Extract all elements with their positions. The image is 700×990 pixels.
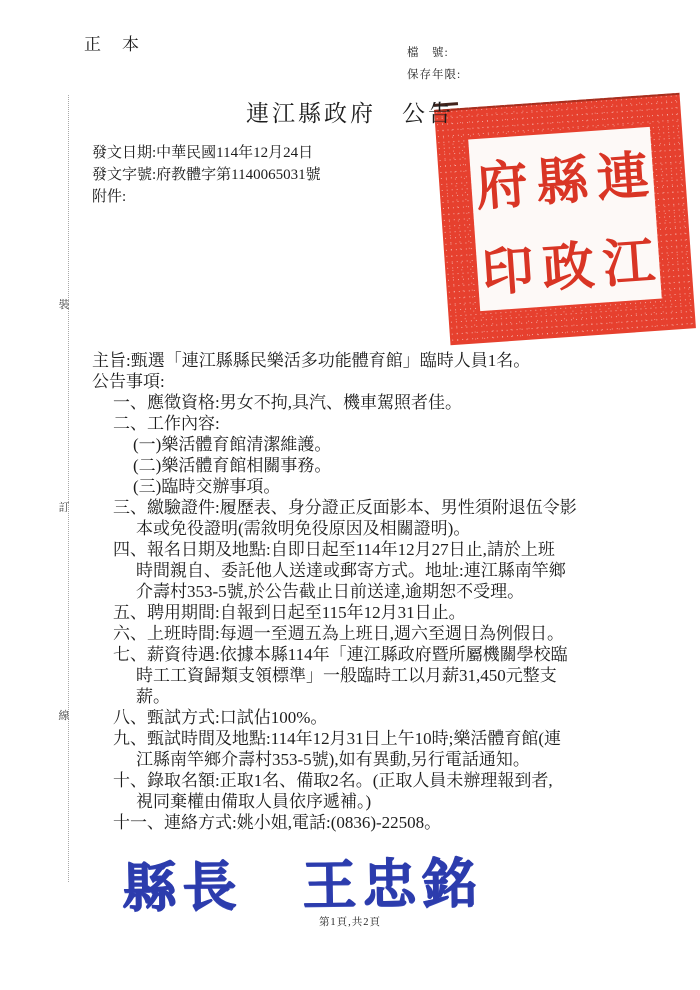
body-line: 一、應徵資格:男女不拘,具汽、機車駕照者佳。 <box>92 392 577 413</box>
binding-margin-line <box>68 95 69 882</box>
body-line: 本或免役證明(需敘明免役原因及相關證明)。 <box>92 518 577 539</box>
body-line: 三、繳驗證件:履歷表、身分證正反面影本、男性須附退伍令影 <box>92 497 577 518</box>
binding-margin-char-xian: 線 <box>56 707 72 723</box>
binding-margin-char-ding: 訂 <box>56 499 72 515</box>
seal-char: 印 <box>474 221 541 311</box>
body-line: (一)樂活體育館清潔維護。 <box>92 434 577 455</box>
seal-char: 政 <box>535 217 602 307</box>
magistrate-signature: 縣長 王忠銘 <box>121 840 482 922</box>
body-line: 薪。 <box>92 686 577 707</box>
body-line: (二)樂活體育館相關事務。 <box>92 455 577 476</box>
seal-char: 府 <box>468 135 535 225</box>
body-line: 五、聘用期間:自報到日起至115年12月31日止。 <box>92 602 577 623</box>
attachment-line: 附件: <box>92 186 321 208</box>
body-line: 二、工作內容: <box>92 413 577 434</box>
body-line: 六、上班時間:每週一至週五為上班日,週六至週日為例假日。 <box>92 623 577 644</box>
seal-char: 縣 <box>529 131 596 221</box>
body-line: 公告事項: <box>92 371 577 392</box>
body-line: 介壽村353-5號,於公告截止日前送達,逾期恕不受理。 <box>92 581 577 602</box>
body-line: 十一、連絡方式:姚小姐,電話:(0836)-22508。 <box>92 812 577 833</box>
document-title: 連江縣政府 公告 <box>0 95 700 128</box>
body-line: 主旨:甄選「連江縣縣民樂活多功能體育館」臨時人員1名。 <box>92 350 577 371</box>
issue-date-line: 發文日期:中華民國114年12月24日 <box>92 142 321 164</box>
copy-label: 正 本 <box>84 30 141 55</box>
issuance-meta: 發文日期:中華民國114年12月24日 發文字號:府教體字第1140065031… <box>92 142 321 208</box>
announcement-body: 主旨:甄選「連江縣縣民樂活多功能體育館」臨時人員1名。公告事項:一、應徵資格:男… <box>92 350 577 833</box>
body-line: 時工工資歸類支領標準」一般臨時工以月薪31,450元整支 <box>92 665 577 686</box>
filing-block: 檔 號: 保存年限: <box>407 42 461 86</box>
body-line: 時間親自、委託他人送達或郵寄方式。地址:連江縣南竿鄉 <box>92 560 577 581</box>
body-line: 四、報名日期及地點:自即日起至114年12月27日止,請於上班 <box>92 539 577 560</box>
retention-period-label: 保存年限: <box>407 64 461 86</box>
seal-char: 江 <box>595 213 662 303</box>
binding-margin-char-zhuang: 裝 <box>56 296 72 312</box>
page-number: 第1頁,共2頁 <box>0 914 700 929</box>
announcement-page: { "document": { "copy_label": "正 本", "fi… <box>0 0 700 990</box>
issue-number-line: 發文字號:府教體字第1140065031號 <box>92 164 321 186</box>
body-line: 九、甄試時間及地點:114年12月31日上午10時;樂活體育館(連 <box>92 728 577 749</box>
file-number-label: 檔 號: <box>407 42 461 64</box>
body-line: 江縣南竿鄉介壽村353-5號),如有異動,另行電話通知。 <box>92 749 577 770</box>
seal-characters: 府 縣 連 印 政 江 <box>468 127 662 311</box>
seal-char: 連 <box>589 127 656 217</box>
body-line: 八、甄試方式:口試佔100%。 <box>92 707 577 728</box>
body-line: 十、錄取名額:正取1名、備取2名。(正取人員未辦理報到者, <box>92 770 577 791</box>
body-line: 七、薪資待遇:依據本縣114年「連江縣政府暨所屬機關學校臨 <box>92 644 577 665</box>
body-line: 視同棄權由備取人員依序遞補。) <box>92 791 577 812</box>
official-seal: 府 縣 連 印 政 江 <box>434 93 696 346</box>
body-line: (三)臨時交辦事項。 <box>92 476 577 497</box>
